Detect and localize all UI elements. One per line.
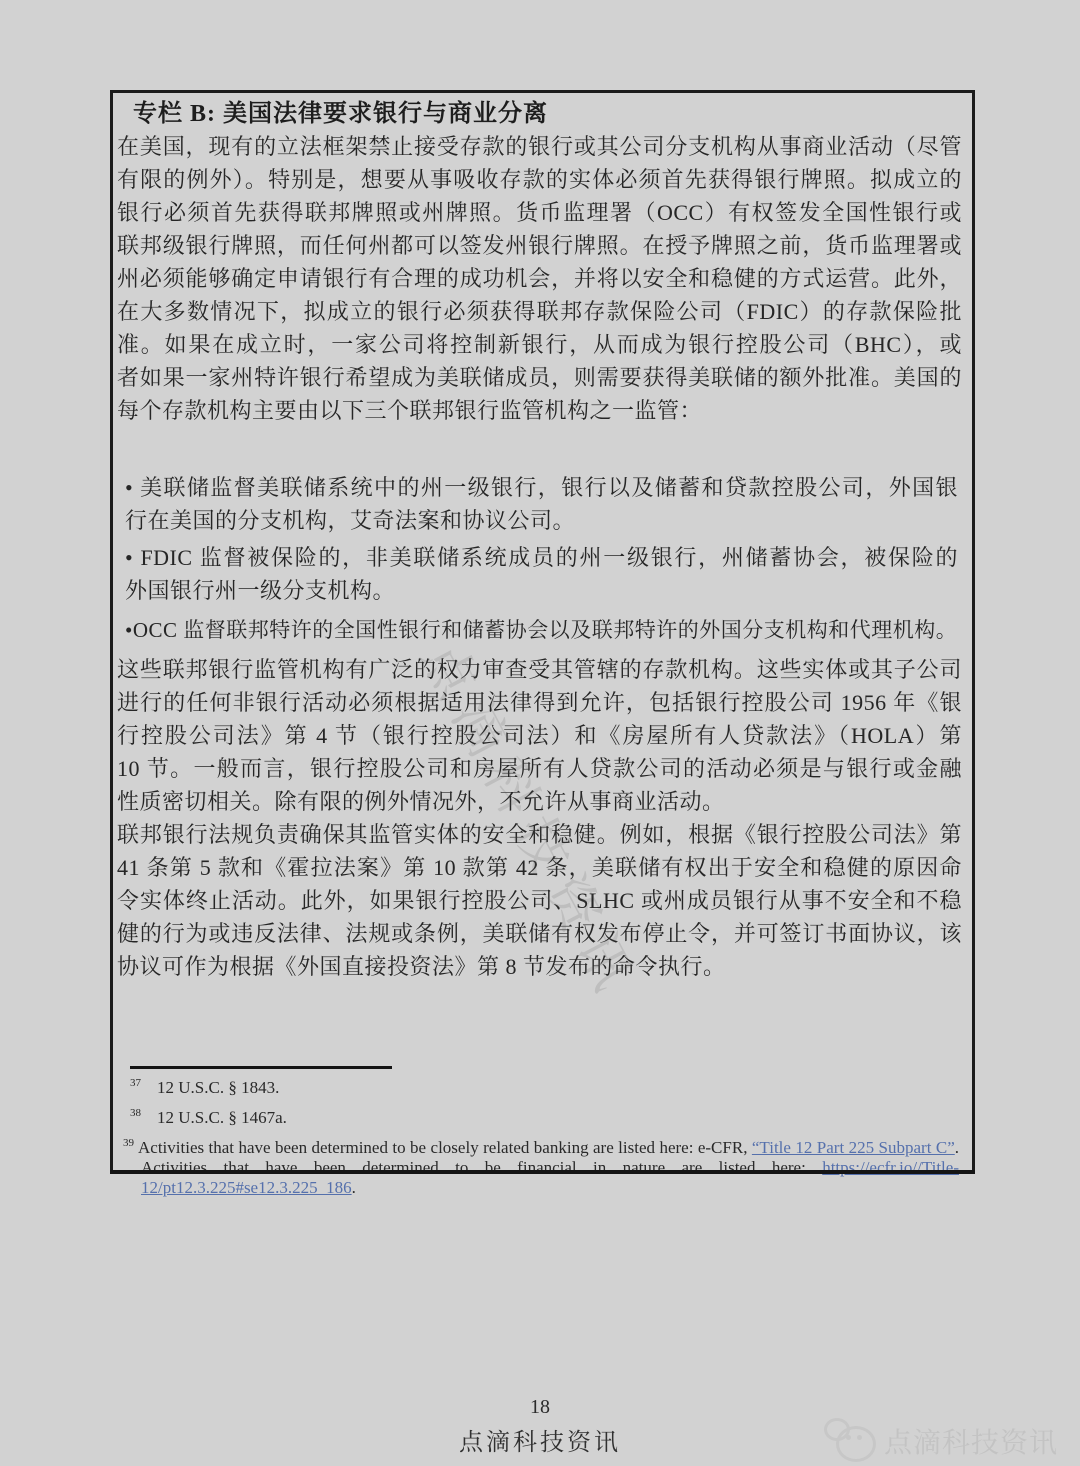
text-line: 在大多数情况下，拟成立的银行必须获得联邦存款保险公司（FDIC）的存款保险批 (117, 295, 962, 328)
footnote-number: 38 (130, 1107, 141, 1119)
footnote-text: . (955, 1138, 959, 1157)
text-line: 41 条第 5 款和《霍拉法案》第 10 款第 42 条，美联储有权出于安全和稳… (117, 851, 962, 884)
text-line: 有限的例外）。特别是，想要从事吸收存款的实体必须首先获得银行牌照。拟成立的 (117, 163, 962, 196)
document-page: 点滴科技资讯 专栏 B: 美国法律要求银行与商业分离 在美国，现有的立法框架禁止… (0, 0, 1080, 1466)
text-line: 39Activities that have been determined t… (123, 1138, 959, 1158)
box-bottom-border (110, 1170, 975, 1174)
bullet-text: FDIC 监督被保险的，非美联储系统成员的州一级银行，州储蓄协会，被保险的 (140, 545, 958, 570)
ecfr-subpart-c-link[interactable]: “Title 12 Part 225 Subpart C” (752, 1138, 955, 1157)
text-line: • 美联储监督美联储系统中的州一级银行，银行以及储蓄和贷款控股公司，外国银 (125, 471, 958, 504)
page-number: 18 (0, 1396, 1080, 1419)
bullet-icon: • (125, 618, 133, 642)
text-line: 10 节。一般而言，银行控股公司和房屋所有人贷款公司的活动必须是与银行或金融 (117, 752, 962, 785)
paragraph-2: 这些联邦银行监管机构有广泛的权力审查受其管辖的存款机构。这些实体或其子公司 进行… (117, 653, 962, 818)
footnote-text: 12 U.S.C. § 1467a. (157, 1108, 287, 1127)
text-line: 这些联邦银行监管机构有广泛的权力审查受其管辖的存款机构。这些实体或其子公司 (117, 653, 962, 686)
bullet-text: 美联储监督美联储系统中的州一级银行，银行以及储蓄和贷款控股公司，外国银 (140, 475, 958, 500)
text-line: 州必须能够确定申请银行有合理的成功机会，并将以安全和稳健的方式运营。此外， (117, 262, 962, 295)
bullet-icon: • (125, 545, 140, 570)
logo-eye-left (846, 1435, 851, 1440)
footnote-number: 37 (130, 1077, 141, 1089)
text-line: 协议可作为根据《外国直接投资法》第 8 节发布的命令执行。 (117, 950, 962, 983)
text-line: 外国银行州一级分支机构。 (125, 574, 958, 607)
text-line: 每个存款机构主要由以下三个联邦银行监管机构之一监管： (117, 394, 962, 427)
big-bubble-icon (836, 1426, 876, 1462)
bullet-icon: • (125, 475, 140, 500)
chat-bubbles-logo-icon (824, 1418, 878, 1464)
text-line: 行控股公司法》第 4 节（银行控股公司法）和《房屋所有人贷款法》（HOLA）第 (117, 719, 962, 752)
corner-watermark: 点滴科技资讯 (824, 1418, 1058, 1464)
text-line: 银行必须首先获得联邦牌照或州牌照。货币监理署（OCC）有权签发全国性银行或 (117, 196, 962, 229)
paragraph-1: 在美国，现有的立法框架禁止接受存款的银行或其公司分支机构从事商业活动（尽管 有限… (117, 130, 962, 427)
logo-eye-right (857, 1435, 862, 1440)
text-line: 准。如果在成立时，一家公司将控制新银行，从而成为银行控股公司（BHC），或 (117, 328, 962, 361)
text-line: 者如果一家州特许银行希望成为美联储成员，则需要获得美联储的额外批准。美国的 (117, 361, 962, 394)
bullet-item-fed: • 美联储监督美联储系统中的州一级银行，银行以及储蓄和贷款控股公司，外国银 行在… (125, 471, 958, 537)
ecfr-url-link[interactable]: https://ecfr.io//Title- (822, 1158, 959, 1177)
bullet-item-fdic: • FDIC 监督被保险的，非美联储系统成员的州一级银行，州储蓄协会，被保险的 … (125, 541, 958, 607)
text-line: •OCC 监督联邦特许的全国性银行和储蓄协会以及联邦特许的外国分支机构和代理机构… (125, 614, 958, 647)
text-line: 行在美国的分支机构，艾奇法案和协议公司。 (125, 504, 958, 537)
footnote-38: 3812 U.S.C. § 1467a. (130, 1108, 958, 1128)
text-line: • FDIC 监督被保险的，非美联储系统成员的州一级银行，州储蓄协会，被保险的 (125, 541, 958, 574)
footnote-37: 3712 U.S.C. § 1843. (130, 1078, 958, 1098)
footnote-number: 39 (123, 1137, 134, 1149)
bullet-text: OCC 监督联邦特许的全国性银行和储蓄协会以及联邦特许的外国分支机构和代理机构。 (133, 618, 957, 642)
footnote-separator (130, 1066, 392, 1069)
text-line: 在美国，现有的立法框架禁止接受存款的银行或其公司分支机构从事商业活动（尽管 (117, 130, 962, 163)
text-line: 进行的任何非银行活动必须根据适用法律得到允许，包括银行控股公司 1956 年《银 (117, 686, 962, 719)
text-line: 联邦级银行牌照，而任何州都可以签发州银行牌照。在授予牌照之前，货币监理署或 (117, 229, 962, 262)
footnote-39: 39Activities that have been determined t… (123, 1138, 959, 1198)
text-line: Activities that have been determined to … (141, 1158, 959, 1178)
paragraph-3: 联邦银行法规负责确保其监管实体的安全和稳健。例如，根据《银行控股公司法》第 41… (117, 818, 962, 983)
footnote-text: Activities that have been determined to … (138, 1138, 752, 1157)
text-line: 联邦银行法规负责确保其监管实体的安全和稳健。例如，根据《银行控股公司法》第 (117, 818, 962, 851)
text-line: 性质密切相关。除有限的例外情况外，不允许从事商业活动。 (117, 785, 962, 818)
callout-box-b: 专栏 B: 美国法律要求银行与商业分离 在美国，现有的立法框架禁止接受存款的银行… (110, 90, 975, 1173)
text-line: 健的行为或违反法律、法规或条例，美联储有权发布停止令，并可签订书面协议，该 (117, 917, 962, 950)
corner-watermark-text: 点滴科技资讯 (884, 1421, 1058, 1461)
footnote-text: . (352, 1178, 356, 1197)
footnote-text: 12 U.S.C. § 1843. (157, 1078, 279, 1097)
ecfr-url-link-continued[interactable]: 12/pt12.3.225#se12.3.225_186 (141, 1178, 352, 1197)
text-line: 令实体终止活动。此外，如果银行控股公司、SLHC 或州成员银行从事不安全和不稳 (117, 884, 962, 917)
text-line: 12/pt12.3.225#se12.3.225_186. (141, 1178, 959, 1198)
box-title: 专栏 B: 美国法律要求银行与商业分离 (117, 99, 962, 129)
bullet-item-occ: •OCC 监督联邦特许的全国性银行和储蓄协会以及联邦特许的外国分支机构和代理机构… (125, 614, 958, 647)
footnote-text: Activities that have been determined to … (141, 1158, 822, 1177)
